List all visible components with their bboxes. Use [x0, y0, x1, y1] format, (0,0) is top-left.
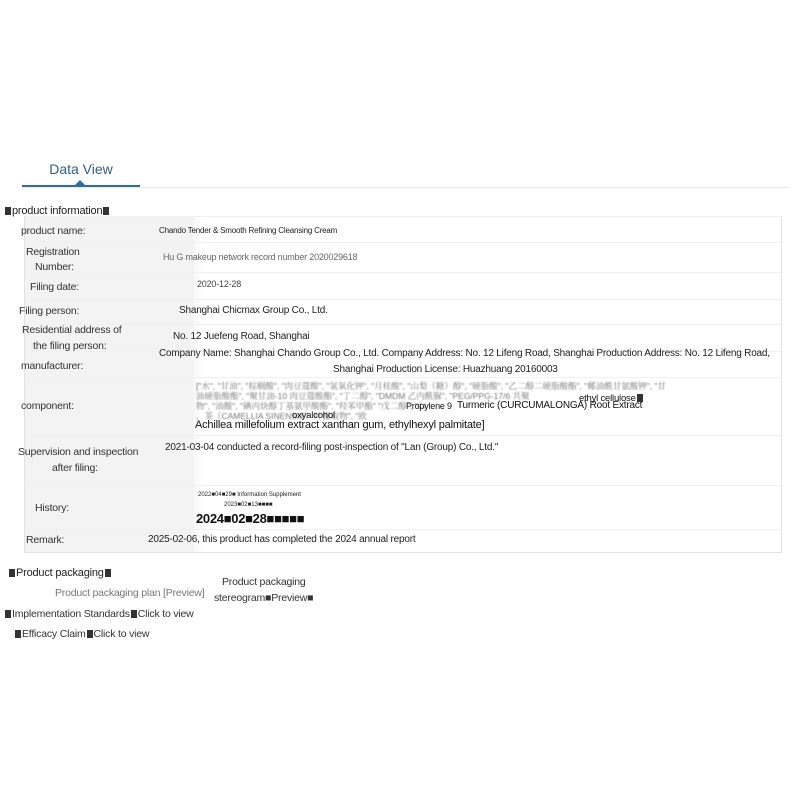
row-divider [25, 485, 781, 486]
bracket-glyph-icon [5, 207, 11, 215]
active-tab-caret-icon [75, 180, 85, 185]
row-divider [25, 529, 781, 530]
bracket-glyph-icon [87, 630, 93, 638]
row-divider [25, 299, 781, 300]
implementation-standards-view-link[interactable]: Click to view [138, 608, 194, 620]
product-name-value: Chando Tender & Smooth Refining Cleansin… [159, 226, 337, 235]
bracket-glyph-icon [15, 630, 21, 638]
filing-date-label: Filing date: [30, 279, 79, 295]
manufacturer-value-line1: Company Name: Shanghai Chando Group Co.,… [159, 348, 770, 359]
product-packaging-title: Product packaging [16, 567, 104, 579]
component-ethyl-cellulose-text: ethyl cellulose [579, 393, 636, 404]
tab-data-view-label: Data View [49, 161, 113, 177]
supervision-value: 2021-03-04 conducted a record-filing pos… [165, 442, 498, 453]
tab-data-view[interactable]: Data View [22, 152, 140, 187]
bracket-glyph-icon [9, 569, 15, 577]
component-propylene: Propylene 9 [406, 401, 452, 411]
packaging-plan-preview-link[interactable]: Product packaging plan [Preview] [55, 587, 204, 599]
row-divider [25, 435, 781, 436]
row-divider [25, 272, 781, 273]
implementation-standards-label: Implementation Standards [12, 608, 130, 620]
manufacturer-label: manufacturer: [21, 358, 83, 374]
filing-person-value: Shanghai Chicmax Group Co., Ltd. [179, 305, 328, 316]
component-last-line: Achillea millefolium extract xanthan gum… [195, 419, 484, 431]
residential-address-label-line1: Residential address of [22, 322, 122, 338]
residential-address-value: No. 12 Juefeng Road, Shanghai [173, 331, 310, 342]
component-ethyl-cellulose: ethyl cellulose [579, 393, 644, 404]
residential-address-label-line2: the filing person: [33, 338, 106, 354]
supervision-label-line1: Supervision and inspection [18, 444, 138, 460]
filing-date-value: 2020-12-28 [197, 279, 241, 289]
registration-number-label-line2: Number: [35, 259, 74, 275]
history-entry: 2022■04■29■ Information Supplement [198, 492, 301, 498]
filing-person-label: Filing person: [19, 303, 79, 319]
history-entry: 2024■02■28■■■■■ [196, 511, 304, 526]
row-divider [25, 324, 781, 325]
component-label: component: [21, 398, 74, 414]
efficacy-claim-row: Efficacy ClaimClick to view [14, 628, 149, 640]
bracket-glyph-icon [105, 569, 111, 577]
packaging-stereogram-label-line1: Product packaging [222, 576, 306, 588]
bracket-glyph-icon [131, 610, 137, 618]
registration-number-label-line1: Registration [26, 244, 80, 260]
bracket-glyph-icon [5, 610, 11, 618]
tab-bar: Data View [22, 152, 790, 188]
component-line-1: ["水", "甘油", "棕榈酸", "肉豆蔻酸", "氢氧化钾", "月桂酸"… [196, 381, 756, 391]
packaging-stereogram-preview-link[interactable]: stereogram■Preview■ [214, 592, 313, 604]
efficacy-claim-label: Efficacy Claim [22, 628, 86, 640]
history-entry: 2023■02■13■■■■ [224, 502, 272, 508]
manufacturer-value-line2: Shanghai Production License: Huazhuang 2… [333, 364, 558, 375]
remark-value: 2025-02-06, this product has completed t… [148, 534, 415, 545]
history-label: History: [35, 500, 69, 516]
supervision-label-line2: after filing: [52, 460, 98, 476]
row-divider [25, 242, 781, 243]
row-divider [25, 377, 781, 378]
implementation-standards-row: Implementation StandardsClick to view [4, 608, 194, 620]
registration-number-value: Hu G makeup network record number 202002… [163, 252, 357, 262]
bracket-glyph-icon [637, 394, 643, 402]
efficacy-claim-view-link[interactable]: Click to view [94, 628, 150, 640]
remark-label: Remark: [26, 532, 64, 548]
product-name-label: product name: [21, 223, 86, 239]
bracket-glyph-icon [103, 207, 109, 215]
product-packaging-heading: Product packaging [8, 567, 112, 579]
